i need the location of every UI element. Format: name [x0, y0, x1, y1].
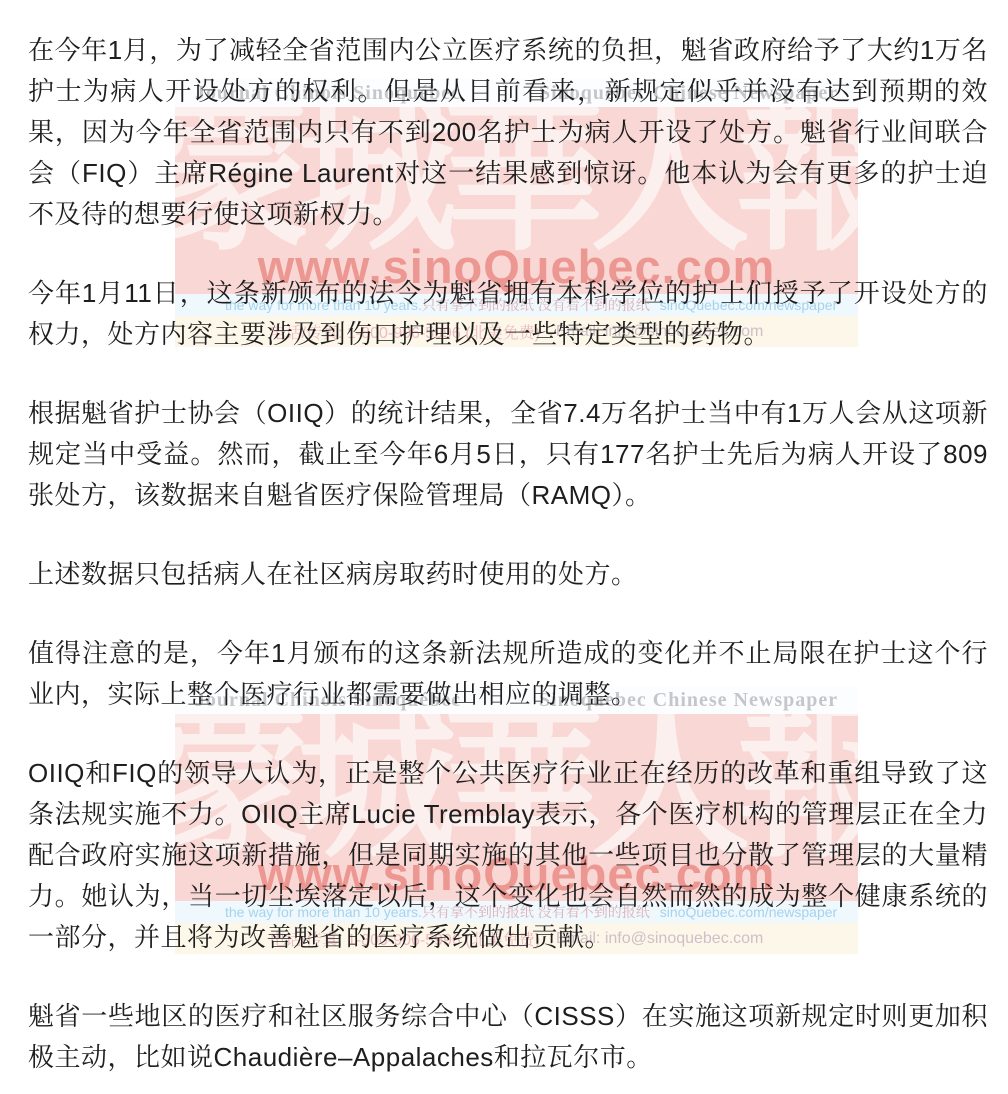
newspaper-article-page: Journal Chinois Sinoquébec Sinoquebec Ch… — [0, 0, 1008, 1094]
article-body: 在今年1月，为了减轻全省范围内公立医疗系统的负担，魁省政府给予了大约1万名护士为… — [0, 0, 1008, 1078]
paragraph: 根据魁省护士协会（OIIQ）的统计结果，全省7.4万名护士当中有1万人会从这项新… — [28, 393, 988, 516]
paragraph: 上述数据只包括病人在社区病房取药时使用的处方。 — [28, 554, 988, 595]
paragraph: OIIQ和FIQ的领导人认为，正是整个公共医疗行业正在经历的改革和重组导致了这条… — [28, 753, 988, 958]
paragraph: 魁省一些地区的医疗和社区服务综合中心（CISSS）在实施这项新规定时则更加积极主… — [28, 996, 988, 1078]
paragraph: 值得注意的是，今年1月颁布的这条新法规所造成的变化并不止局限在护士这个行业内，实… — [28, 633, 988, 715]
paragraph: 今年1月11日，这条新颁布的法令为魁省拥有本科学位的护士们授予了开设处方的权力，… — [28, 273, 988, 355]
paragraph: 在今年1月，为了减轻全省范围内公立医疗系统的负担，魁省政府给予了大约1万名护士为… — [28, 30, 988, 235]
